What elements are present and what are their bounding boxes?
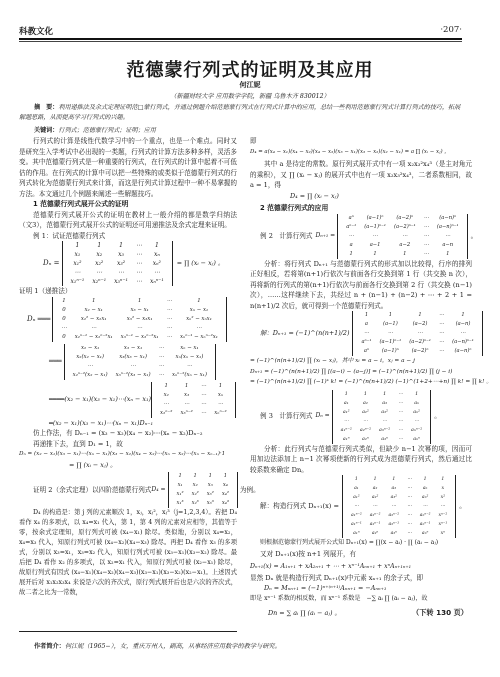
matrix-cell: ⋯ [357, 329, 375, 338]
matrix-cell: x₃² − x₃x₁ [117, 315, 163, 324]
matrix-cell: a₃ⁿ⁻² [384, 511, 403, 520]
matrix-row: aⁿ⁻¹(a−1)ⁿ⁻¹(a−2)ⁿ⁻¹⋯(a−n)ⁿ⁻¹ [357, 338, 477, 347]
section-2-heading: 2 范德蒙行列式的应用 [260, 203, 472, 214]
matrix-cell: aₙⁿ [407, 435, 426, 444]
matrix-cell: ⋯ [394, 390, 407, 399]
matrix-row: aⁿ(a−1)ⁿ(a−2)ⁿ⋯(a−n)ⁿ [357, 347, 477, 356]
matrix-cell: 1 [188, 472, 203, 481]
matrix-table: 111⋯1a₁a₂a₃⋯aₙa₁²a₂²a₃²⋯aₙ²⋯⋯⋯⋯⋯a₁ⁿ⁻²a₂ⁿ… [337, 390, 427, 444]
matrix-row: a₁ⁿ⁻²a₂ⁿ⁻²a₃ⁿ⁻²⋯aₙⁿ⁻² [337, 426, 427, 435]
matrix-cell: (a−1)ⁿ⁻¹ [360, 223, 390, 232]
matrix-cell: 1 [433, 250, 463, 259]
matrix-cell: (a−2)ⁿ⁻¹ [405, 338, 435, 347]
keywords-label: 关键词： [34, 127, 58, 134]
matrix-row: 111⋯1 [67, 241, 168, 250]
matrix-cell: xₙ − x₁ [176, 306, 222, 315]
ex3-line-4: Dₙ₊₁(x) = A₁ₙ₊₁ + xA₂ₙ₊₁ + ⋯ + xⁿ⁻¹Aₙₙ₊₁… [250, 562, 472, 573]
matrix-row: a₁a₂a₃⋯aₙ [337, 399, 427, 408]
matrix-table: 111⋯1x₁x₂x₃⋯xₙx₁²x₂²x₃²⋯xₙ²⋯⋯⋯⋯⋯x₁ⁿ⁻¹x₂ⁿ… [67, 241, 168, 286]
matrix-cell: x₄ [218, 481, 233, 490]
matrix-cell: (a−n)ⁿ [448, 347, 478, 356]
matrix-row: a₁²a₂²a₃²⋯aₙ² [337, 408, 427, 417]
matrix-cell: 0 [57, 306, 70, 315]
matrix-cell: ⋯ [403, 493, 416, 502]
proof-2-paragraph: D₄ 的构造是：第 j 列的元素顺次 1，xⱼ，xⱼ²，xⱼ³（j=1,2,3,… [19, 508, 237, 598]
example-3-label: 例 3 计算行列式 [260, 411, 312, 422]
matrix-cell: ⋯ [390, 232, 420, 241]
matrix-row: aⁿ(a−1)ⁿ(a−2)ⁿ⋯(a−n)ⁿ [342, 214, 462, 223]
example-3-statement: 例 3 计算行列式 Dₙ = 111⋯1a₁a₂a₃⋯aₙa₁²a₂²a₃²⋯a… [260, 390, 472, 444]
matrix-cell: ⋯ [176, 400, 196, 409]
matrix-row: ⋯⋯⋯⋯⋯ [357, 329, 477, 338]
matrix-cell: ⋯ [163, 297, 176, 306]
footnote-text: 何江妮（1965−），女，重庆万州人，副高，从事经济应用数学的教学与研究。 [65, 643, 281, 650]
matrix-cell: ⋯ [163, 315, 176, 324]
matrix-cell: aₙⁿ [416, 529, 435, 538]
matrix-table: x₂ − x₁x₃ − x₁⋯xₙ − x₁x₂(x₂ − x₁)x₃(x₃ −… [69, 344, 211, 380]
abstract-text: 利用递推法及余式定理证明范□蒙行列式，并通过例题介绍范德蒙行列式在行列式计算中的… [19, 104, 460, 121]
matrix-cell: x₃ − x₁ [117, 306, 163, 315]
matrix-cell: ⋯ [155, 362, 168, 371]
example-2-solution: 解：Dₙ₊₁ = (−1)^(n(n+1)/2) 111⋯1a(a−1)(a−2… [260, 311, 472, 356]
matrix-cell: x₃ⁿ⁻¹ − x₃ⁿ⁻²x₁ [117, 333, 163, 342]
example-3-analysis: 分析：此行列式与范德蒙行列式类似，但缺少 n−1 次幂的项，因而可用加边法添加上… [250, 444, 472, 476]
matrix-cell: x₂ⁿ⁻¹ − x₂ⁿ⁻²x₁ [71, 333, 117, 342]
matrix-row: x₂ⁿ⁻²x₃ⁿ⁻²⋯xₙⁿ⁻² [156, 409, 231, 418]
matrix-cell: a₃ⁿ⁻¹ [384, 520, 403, 529]
matrix-cell: x₄² [218, 490, 233, 499]
matrix-cell: x₂³ [188, 499, 203, 508]
example-2-label: 例 2 计算行列式 [260, 231, 312, 242]
matrix-row: aⁿ⁻¹(a−1)ⁿ⁻¹(a−2)ⁿ⁻¹⋯(a−n)ⁿ⁻¹ [342, 223, 462, 232]
proof2-determinant: 1111x₁x₂x₃x₄x₁²x₂²x₃²x₄²x₁³x₂³x₃³x₄³ [168, 472, 238, 508]
ex3-line-5: 显然 Dₙ 就是构造行列式 Dₙ₊₁(x)中元素 xₙ₊₁ 的余子式，即 [250, 573, 472, 584]
article-author: 何江妮 [0, 80, 500, 90]
matrix-row: ⋯⋯⋯⋯ [69, 362, 211, 371]
matrix-cell: (a−2)ⁿ [405, 347, 435, 356]
ex3-solution-suffix: 。 [459, 501, 466, 512]
matrix-row: 111⋯1 [357, 311, 477, 320]
matrix-cell: x₂ [88, 250, 110, 259]
matrix-cell: xₙ² [146, 259, 168, 268]
matrix-cell: ⋯ [403, 475, 416, 484]
matrix-cell: 1 [407, 390, 426, 399]
matrix-cell: 1 [110, 241, 132, 250]
matrix-cell: ⋯ [407, 417, 426, 426]
matrix-cell: ⋯ [197, 409, 210, 418]
matrix-cell: x₂² [188, 490, 203, 499]
matrix-cell: x₃ⁿ⁻¹ [110, 277, 132, 286]
abstract-label: 摘 要： [34, 104, 58, 111]
matrix-cell: xₙⁿ⁻²(xₙ − x₁) [168, 371, 211, 380]
example-1-formula: Dₙ = 111⋯1x₁x₂x₃⋯xₙx₁²x₂²x₃²⋯xₙ²⋯⋯⋯⋯⋯x₁ⁿ… [43, 241, 237, 286]
matrix-cell: a−2 [390, 241, 420, 250]
ex2-suffix: 。 [471, 231, 478, 242]
ex3-line-6: Dₙ = Mₙₙ₊₁ = (−1)ⁿ⁺⁽ⁿ⁺¹⁾Aₙₙ₊₁ = −Aₙₙ₊₁ [264, 583, 472, 594]
proof2-prefix: 证明 2（余式定理）以四阶范德蒙行列式 [33, 485, 151, 496]
matrix-cell: x₁ [173, 481, 188, 490]
matrix-row: x₁x₂x₃x₄ [173, 481, 233, 490]
matrix-cell: xₙⁿ⁻² [210, 409, 230, 418]
matrix-cell: ⋯ [360, 232, 390, 241]
proof-1-step-2: ═══ x₂ − x₁x₃ − x₁⋯xₙ − x₁x₂(x₂ − x₁)x₃(… [49, 344, 237, 380]
matrix-cell: ⋯ [435, 320, 448, 329]
ex2-solution-lhs: 解：Dₙ₊₁ = (−1)^(n(n+1)/2) [260, 328, 349, 339]
matrix-cell: aⁿ [342, 214, 360, 223]
matrix-row: aa−1a−2⋯a−n [342, 241, 462, 250]
continuation-equation: D₄ = a(x₄ − x₁)(x₄ − x₂)(x₄ − x₃)(x₃ − x… [250, 147, 472, 158]
matrix-cell: ⋯ [394, 417, 407, 426]
matrix-cell: (a−2)ⁿ⁻¹ [390, 223, 420, 232]
matrix-row: 11⋯1 [156, 382, 231, 391]
matrix-cell: ⋯ [112, 362, 155, 371]
matrix-cell: aₙ² [416, 493, 435, 502]
matrix-cell: a₃ⁿ [384, 529, 403, 538]
article-title: 范德蒙行列式的证明及其应用 [0, 56, 500, 82]
matrix-cell: x [434, 484, 451, 493]
matrix-cell: x₁² [173, 490, 188, 499]
proof-1-step-1: Dₙ ═══ 111⋯10x₂ − x₁x₃ − x₁⋯xₙ − x₁0x₂² … [27, 297, 237, 342]
matrix-cell: x₂² − x₂x₁ [71, 315, 117, 324]
matrix-cell: 1 [210, 382, 230, 391]
matrix-cell: (a−2) [405, 320, 435, 329]
ex2-solution-line-3: Dₙ₊₁ = (−1)^(n(n+1)/2) ∏ [(a−i) − (a−j)]… [250, 367, 472, 378]
matrix-cell: x₂(x₂ − x₁) [69, 353, 112, 362]
matrix-cell: ⋯ [210, 400, 230, 409]
matrix-cell: 1 [384, 475, 403, 484]
matrix-row: ⋯⋯⋯⋯⋯ [342, 232, 462, 241]
matrix-cell: a₁ⁿ⁻² [337, 426, 356, 435]
continuation-paragraph: 其中 a 是待定的常数。原行列式展开式中有一项 x₂x₃²x₄³（是主对角元的乘… [250, 159, 472, 191]
matrix-cell: x₁ [67, 250, 89, 259]
matrix-cell: aₙ² [407, 408, 426, 417]
matrix-row: ⋯⋯⋯⋯⋯ [337, 417, 427, 426]
matrix-table: 11⋯1x₂x₃⋯xₙ⋯⋯⋯⋯x₂ⁿ⁻²x₃ⁿ⁻²⋯xₙⁿ⁻² [156, 382, 231, 418]
example-2-analysis: 分析：将行列式 Dₙ₊₁ 与范德蒙行列式的形式加以比较得，行序的排列正好相反，若… [250, 259, 472, 312]
matrix-cell: x₂² [88, 259, 110, 268]
matrix-row: x₂ − x₁x₃ − x₁⋯xₙ − x₁ [69, 344, 211, 353]
matrix-cell: ⋯ [163, 333, 176, 342]
matrix-row: 111⋯1 [337, 390, 427, 399]
matrix-row: ⋯⋯⋯⋯⋯ [67, 268, 168, 277]
matrix-cell: 1 [176, 297, 222, 306]
abstract: 摘 要：利用递推法及余式定理证明范□蒙行列式，并通过例题介绍范德蒙行列式在行列式… [19, 103, 462, 123]
matrix-cell: a₁² [347, 493, 366, 502]
ex2-determinant: aⁿ(a−1)ⁿ(a−2)ⁿ⋯(a−n)ⁿaⁿ⁻¹(a−1)ⁿ⁻¹(a−2)ⁿ⁻… [337, 214, 467, 259]
matrix-cell: ⋯ [375, 417, 394, 426]
proof1-step2-determinant: x₂ − x₁x₃ − x₁⋯xₙ − x₁x₂(x₂ − x₁)x₃(x₃ −… [64, 344, 216, 380]
matrix-cell: (a−n)ⁿ⁻¹ [433, 223, 463, 232]
matrix-cell: ⋯ [342, 232, 360, 241]
matrix-row: a₁ⁿ⁻²a₂ⁿ⁻²a₃ⁿ⁻²⋯aₙⁿ⁻²xⁿ⁻² [347, 511, 451, 520]
matrix-cell: x₃(x₃ − x₁) [112, 353, 155, 362]
matrix-row: x₁²x₂²x₃²x₄² [173, 490, 233, 499]
matrix-cell: x₂ [156, 391, 176, 400]
left-column: 行列式的计算是线性代数学习中的一个重点，也是一个难点。同时又是研究生入学考试中必… [19, 136, 237, 598]
matrix-cell: ⋯ [403, 529, 416, 538]
matrix-cell: (a−1) [375, 320, 405, 329]
matrix-cell: 1 [375, 390, 394, 399]
matrix-row: ⋯⋯⋯⋯⋯ [57, 324, 222, 333]
matrix-cell: x₂ⁿ⁻²(x₂ − x₁) [69, 371, 112, 380]
footnote-rule [19, 631, 237, 632]
matrix-cell: a₁ⁿ [347, 529, 366, 538]
matrix-cell: 1 [218, 472, 233, 481]
matrix-cell: 1 [390, 250, 420, 259]
matrix-cell: ⋯ [403, 484, 416, 493]
matrix-cell: 1 [176, 382, 196, 391]
matrix-cell: 1 [342, 250, 360, 259]
proof-1-step-4: ═(x₂ − x₁)(x₃ − x₁)⋯(xₙ − x₁)Dₙ₋₁ [49, 418, 237, 429]
matrix-cell: a₁² [337, 408, 356, 417]
ex2-solution-line-2: = (−1)^(n(n+1)/2) ∏ (xᵢ − xⱼ)，其中 xᵢ = a … [250, 356, 472, 367]
matrix-cell: a₁ⁿ⁻² [347, 511, 366, 520]
matrix-cell: a₃ⁿ [375, 435, 394, 444]
matrix-cell: aⁿ⁻¹ [342, 223, 360, 232]
matrix-row: 111⋯1 [57, 297, 222, 306]
matrix-cell: a₃² [384, 493, 403, 502]
right-column: 即 D₄ = a(x₄ − x₁)(x₄ − x₂)(x₄ − x₃)(x₃ −… [250, 136, 472, 619]
matrix-cell: xⁿ⁻¹ [434, 520, 451, 529]
matrix-row: 111⋯1 [342, 250, 462, 259]
matrix-cell: x₃ [176, 391, 196, 400]
matrix-cell: aₙ [416, 484, 435, 493]
proof1-step1-determinant: 111⋯10x₂ − x₁x₃ − x₁⋯xₙ − x₁0x₂² − x₂x₁x… [52, 297, 227, 342]
matrix-cell: ⋯ [67, 268, 89, 277]
matrix-cell: xₙ [146, 250, 168, 259]
ex3-solution-determinant: 111⋯11a₁a₂a₃⋯aₙxa₁²a₂²a₃²⋯aₙ²x²⋯⋯⋯⋯⋯⋯a₁ⁿ… [342, 475, 456, 538]
matrix-cell: 1 [366, 475, 385, 484]
intro-paragraph: 行列式的计算是线性代数学习中的一个重点，也是一个难点。同时又是研究生入学考试中必… [19, 136, 237, 199]
matrix-cell: ⋯ [434, 502, 451, 511]
matrix-cell: a₂ⁿ [356, 435, 375, 444]
matrix-cell: x₂ − x₁ [69, 344, 112, 353]
matrix-cell: a₃ [384, 484, 403, 493]
matrix-cell: xₙ − x₁ [168, 344, 211, 353]
matrix-cell: aₙ [407, 399, 426, 408]
matrix-cell: ⋯ [356, 417, 375, 426]
matrix-row: x₂(x₂ − x₁)x₃(x₃ − x₁)⋯xₙ(xₙ − x₁) [69, 353, 211, 362]
ex2-solution-determinant: 111⋯1a(a−1)(a−2)⋯(a−n)⋯⋯⋯⋯⋯aⁿ⁻¹(a−1)ⁿ⁻¹(… [352, 311, 482, 356]
matrix-cell: ⋯ [132, 277, 146, 286]
proof2-lhs: D₄ = [151, 485, 165, 496]
matrix-cell: (a−n)ⁿ [433, 214, 463, 223]
proof-1-line-8: = ∏ (xᵢ − xⱼ) 。 [69, 460, 237, 471]
matrix-cell: a₃ [375, 399, 394, 408]
section-1-paragraph: 范德蒙行列式展开公式的证明在教材上一般介绍的都是数学归纳法（文3），范德蒙行列式… [19, 210, 237, 231]
matrix-cell: aⁿ [357, 347, 375, 356]
matrix-cell: ⋯ [403, 511, 416, 520]
matrix-cell: aₙⁿ⁻¹ [416, 520, 435, 529]
ex1-determinant: 111⋯1x₁x₂x₃⋯xₙx₁²x₂²x₃²⋯xₙ²⋯⋯⋯⋯⋯x₁ⁿ⁻¹x₂ⁿ… [62, 241, 173, 286]
matrix-row: ⋯⋯⋯⋯⋯⋯ [347, 502, 451, 511]
matrix-row: 111⋯11 [347, 475, 451, 484]
matrix-cell: 1 [360, 250, 390, 259]
matrix-cell: a₃ⁿ⁻² [375, 426, 394, 435]
ex3-line-3: 又对 Dₙ₊₁(x)按 n+1 列展开，有 [260, 549, 472, 560]
matrix-row: a₁²a₂²a₃²⋯aₙ²x² [347, 493, 451, 502]
matrix-cell: (a−2)ⁿ [390, 214, 420, 223]
matrix-cell: ⋯ [435, 311, 448, 320]
matrix-cell: ⋯ [88, 268, 110, 277]
keywords-text: 行列式；范德蒙行列式；证明；应用 [58, 127, 156, 134]
matrix-row: a₁a₂a₃⋯aₙx [347, 484, 451, 493]
proof-1-line-6: 再递推下去，直到 D₁ = 1，故 [33, 439, 237, 450]
matrix-row: a₁ⁿ⁻¹a₂ⁿ⁻¹a₃ⁿ⁻¹⋯aₙⁿ⁻¹xⁿ⁻¹ [347, 520, 451, 529]
matrix-cell: ⋯ [394, 408, 407, 417]
ex3-lhs: Dₙ = [315, 411, 329, 422]
matrix-cell: 1 [146, 241, 168, 250]
ex3-solution-lhs: 解：构造行列式 Dₙ₊₁(x) = [260, 501, 339, 512]
ex3-suffix: 。 [434, 411, 441, 422]
matrix-cell: ⋯ [146, 268, 168, 277]
matrix-cell: ⋯ [132, 268, 146, 277]
matrix-cell: a₁ⁿ⁻¹ [347, 520, 366, 529]
matrix-cell: a₂ [366, 484, 385, 493]
proof1-step3-determinant: 11⋯1x₂x₃⋯xₙ⋯⋯⋯⋯x₂ⁿ⁻²x₃ⁿ⁻²⋯xₙⁿ⁻² [151, 382, 236, 418]
matrix-cell: ⋯ [197, 391, 210, 400]
journal-page: 科教文化 ·207· 范德蒙行列式的证明及其应用 何江妮 （新疆财经大学 应用数… [0, 0, 500, 677]
matrix-cell: ⋯ [435, 329, 448, 338]
matrix-cell: ⋯ [435, 338, 448, 347]
matrix-cell: a₁ [347, 484, 366, 493]
matrix-cell: a₂ [356, 399, 375, 408]
matrix-row: x₁²x₂²x₃²⋯xₙ² [67, 259, 168, 268]
matrix-cell: (a−1)ⁿ⁻¹ [375, 338, 405, 347]
matrix-row: 1111 [173, 472, 233, 481]
matrix-cell: a₂ⁿ [366, 529, 385, 538]
matrix-table: aⁿ(a−1)ⁿ(a−2)ⁿ⋯(a−n)ⁿaⁿ⁻¹(a−1)ⁿ⁻¹(a−2)ⁿ⁻… [342, 214, 462, 259]
matrix-cell: a₃² [375, 408, 394, 417]
matrix-cell: ⋯ [163, 324, 176, 333]
matrix-cell: a₁ⁿ [337, 435, 356, 444]
ex3-line-8: Dn = ∑ aᵢ ∏ (aᵢ − aⱼ) 。 [268, 608, 341, 619]
matrix-row: x₁ⁿ⁻¹x₂ⁿ⁻¹x₃ⁿ⁻¹⋯xₙⁿ⁻¹ [67, 277, 168, 286]
matrix-cell: x₃ [110, 250, 132, 259]
matrix-cell: 1 [337, 390, 356, 399]
matrix-cell: ⋯ [420, 223, 433, 232]
matrix-cell: x₄³ [218, 499, 233, 508]
matrix-cell: ⋯ [132, 250, 146, 259]
page-number: ·207· [440, 25, 462, 35]
matrix-row: x₁x₂x₃⋯xₙ [67, 250, 168, 259]
matrix-cell: ⋯ [403, 520, 416, 529]
matrix-cell: x² [434, 493, 451, 502]
matrix-cell: x₃² [203, 490, 218, 499]
matrix-row: 0x₂² − x₂x₁x₃² − x₃x₁⋯xₙ² − xₙx₁ [57, 315, 222, 324]
matrix-cell: ⋯ [197, 382, 210, 391]
ex1-lhs: Dₙ = [43, 258, 60, 269]
matrix-cell: 1 [203, 472, 218, 481]
matrix-cell: x₂ [188, 481, 203, 490]
matrix-cell: ⋯ [420, 241, 433, 250]
matrix-cell: ⋯ [110, 268, 132, 277]
matrix-cell: aₙⁿ⁻² [416, 511, 435, 520]
matrix-cell: ⋯ [405, 329, 435, 338]
matrix-cell: 1 [448, 311, 478, 320]
matrix-cell: (a−n)ⁿ⁻¹ [448, 338, 478, 347]
matrix-cell: ⋯ [394, 399, 407, 408]
matrix-cell: x₃³ [203, 499, 218, 508]
matrix-cell: 0 [57, 315, 70, 324]
matrix-cell: 1 [156, 382, 176, 391]
continued-note: （下转 130 页） [412, 608, 468, 619]
matrix-table: 111⋯10x₂ − x₁x₃ − x₁⋯xₙ − x₁0x₂² − x₂x₁x… [57, 297, 222, 342]
matrix-cell: 1 [416, 475, 435, 484]
author-footnote: 作者简介：何江妮（1965−），女，重庆万州人，副高，从事经济应用数学的教学与研… [34, 641, 281, 650]
matrix-cell: x₂ⁿ⁻² [156, 409, 176, 418]
matrix-cell: ⋯ [155, 371, 168, 380]
matrix-cell: ⋯ [69, 362, 112, 371]
matrix-cell: a₂ⁿ⁻¹ [366, 520, 385, 529]
matrix-cell: xⁿ⁻² [434, 511, 451, 520]
matrix-table: 1111x₁x₂x₃x₄x₁²x₂²x₃²x₄²x₁³x₂³x₃³x₄³ [173, 472, 233, 508]
matrix-cell: ⋯ [132, 241, 146, 250]
matrix-cell: a₂² [356, 408, 375, 417]
ex3-final-row: Dn = ∑ aᵢ ∏ (aᵢ − aⱼ) 。 （下转 130 页） [268, 608, 468, 619]
matrix-cell: 1 [173, 472, 188, 481]
matrix-cell: xₙ² − xₙx₁ [176, 315, 222, 324]
matrix-table: 111⋯11a₁a₂a₃⋯aₙxa₁²a₂²a₃²⋯aₙ²x²⋯⋯⋯⋯⋯⋯a₁ⁿ… [347, 475, 451, 538]
matrix-cell: 1 [357, 311, 375, 320]
ex3-determinant: 111⋯1a₁a₂a₃⋯aₙa₁²a₂²a₃²⋯aₙ²⋯⋯⋯⋯⋯a₁ⁿ⁻²a₂ⁿ… [332, 390, 432, 444]
continuation-prefix: 即 [250, 136, 472, 147]
proof1-step2-lhs: ═══ [49, 356, 62, 367]
ex2-solution-line-4: = (−1)^(n(n+1)/2) ∏ (−1)ᵏ k! = (−1)^(n(n… [250, 377, 472, 388]
ex1-rhs: = ∏ (xᵢ − xⱼ) 。 [177, 258, 225, 269]
article-affiliation: （新疆财经大学 应用数学学院，新疆 乌鲁木齐 830012） [0, 91, 500, 100]
proof1-step1-lhs: Dₙ ═══ [27, 314, 50, 325]
matrix-cell: x₁² [67, 259, 89, 268]
matrix-cell: a₁ [337, 399, 356, 408]
matrix-cell: ⋯ [71, 324, 117, 333]
matrix-cell: ⋯ [420, 250, 433, 259]
matrix-cell: ⋯ [337, 417, 356, 426]
matrix-cell: ⋯ [176, 324, 222, 333]
proof-1-line-5: 仿上作法，有 Dₙ₋₁ = (x₃ − x₂)(x₄ − x₂)⋯(xₙ − x… [33, 428, 237, 439]
matrix-row: ⋯⋯⋯⋯ [156, 400, 231, 409]
matrix-cell: ⋯ [416, 502, 435, 511]
proof-1-step-3: ════(x₂ − x₁)(x₃ − x₁)⋯(xₙ − x₁) 11⋯1x₂x… [49, 382, 237, 418]
matrix-cell: ⋯ [420, 214, 433, 223]
matrix-cell: a [357, 320, 375, 329]
matrix-cell: ⋯ [163, 306, 176, 315]
matrix-cell: ⋯ [132, 259, 146, 268]
matrix-cell: xₙⁿ⁻¹ [146, 277, 168, 286]
matrix-cell: 1 [67, 241, 89, 250]
matrix-cell: ⋯ [420, 232, 433, 241]
matrix-cell: 1 [71, 297, 117, 306]
matrix-row: 0x₂ⁿ⁻¹ − x₂ⁿ⁻²x₁x₃ⁿ⁻¹ − x₃ⁿ⁻²x₁⋯xₙⁿ⁻¹ − … [57, 333, 222, 342]
matrix-cell: ⋯ [403, 502, 416, 511]
matrix-cell: a₂ⁿ⁻² [366, 511, 385, 520]
matrix-cell: 1 [405, 311, 435, 320]
matrix-cell: 1 [356, 390, 375, 399]
continuation-result: D₄ = ∏ (xᵢ − xⱼ) [290, 191, 472, 202]
matrix-cell: a₂² [366, 493, 385, 502]
header-rule [19, 38, 462, 40]
matrix-cell: (a−1)ⁿ [360, 214, 390, 223]
matrix-cell: ⋯ [168, 362, 211, 371]
matrix-cell: 1 [347, 475, 366, 484]
matrix-cell: x₃ − x₁ [112, 344, 155, 353]
matrix-cell: ⋯ [197, 400, 210, 409]
matrix-cell: 1 [375, 311, 405, 320]
matrix-cell: x₃ⁿ⁻²(x₃ − x₁) [112, 371, 155, 380]
matrix-row: a(a−1)(a−2)⋯(a−n) [357, 320, 477, 329]
matrix-cell: (a−n) [448, 320, 478, 329]
proof-2-intro: 证明 2（余式定理）以四阶范德蒙行列式 D₄ = 1111x₁x₂x₃x₄x₁²… [33, 472, 237, 508]
